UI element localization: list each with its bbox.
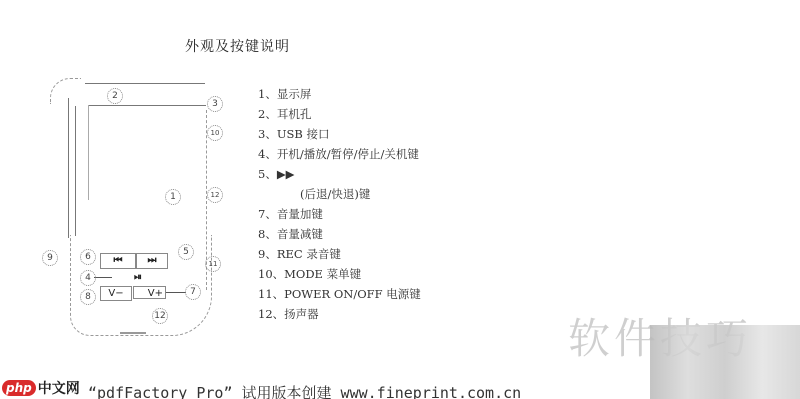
callout-6: 6 bbox=[80, 249, 96, 265]
callout-11: 11 bbox=[205, 256, 221, 272]
next-button[interactable]: ⏭ bbox=[136, 253, 168, 269]
callout-leader-7 bbox=[166, 292, 186, 293]
list-item: 3、USB 接口 bbox=[258, 124, 421, 144]
device-outline-corner bbox=[50, 78, 81, 104]
screen-top bbox=[88, 105, 206, 106]
device-outline-left bbox=[68, 98, 69, 238]
list-item: 2、耳机孔 bbox=[258, 104, 421, 124]
logo-badge: php bbox=[2, 380, 36, 396]
footer-text: “pdfFactory Pro” 试用版本创建 www.fineprint.co… bbox=[88, 382, 521, 399]
list-item: 7、音量加键 bbox=[258, 204, 421, 224]
vol-up-button[interactable]: V+ bbox=[133, 286, 166, 299]
speaker-slot bbox=[120, 332, 146, 334]
callout-speaker: 12 bbox=[152, 308, 168, 324]
callout-2: 2 bbox=[107, 88, 123, 104]
callout-12: 12 bbox=[207, 187, 223, 203]
list-item: 8、音量减键 bbox=[258, 224, 421, 244]
device-diagram: ⏮ ⏭ ⏯ V− V+ 2 3 10 12 1 6 5 4 8 9 7 11 1… bbox=[40, 70, 240, 340]
callout-1: 1 bbox=[165, 189, 181, 205]
list-item: 5、▶▶ bbox=[258, 164, 421, 184]
list-item: (后退/快退)键 bbox=[258, 184, 421, 204]
callout-4: 4 bbox=[80, 270, 96, 286]
callout-10: 10 bbox=[207, 125, 223, 141]
play-pause-button[interactable]: ⏯ bbox=[112, 269, 164, 286]
list-item: 12、扬声器 bbox=[258, 304, 421, 324]
callout-3: 3 bbox=[207, 96, 223, 112]
logo-text: 中文网 bbox=[38, 378, 80, 398]
callout-leader-4 bbox=[94, 277, 112, 278]
blurred-region bbox=[650, 325, 800, 399]
vol-down-button[interactable]: V− bbox=[100, 286, 132, 301]
list-item: 1、显示屏 bbox=[258, 84, 421, 104]
device-outline-top bbox=[85, 83, 205, 84]
list-item: 10、MODE 菜单键 bbox=[258, 264, 421, 284]
screen-left bbox=[88, 105, 89, 200]
callout-8: 8 bbox=[80, 289, 96, 305]
callout-7: 7 bbox=[185, 284, 201, 300]
callout-9: 9 bbox=[42, 250, 58, 266]
prev-button[interactable]: ⏮ bbox=[100, 253, 136, 269]
list-item: 11、POWER ON/OFF 电源键 bbox=[258, 284, 421, 304]
callout-5: 5 bbox=[178, 244, 194, 260]
page-title: 外观及按键说明 bbox=[185, 36, 290, 56]
button-legend-list: 1、显示屏 2、耳机孔 3、USB 接口 4、开机/播放/暂停/停止/关机键 5… bbox=[258, 84, 421, 324]
site-logo: php 中文网 bbox=[2, 378, 80, 398]
list-item: 4、开机/播放/暂停/停止/关机键 bbox=[258, 144, 421, 164]
list-item: 9、REC 录音键 bbox=[258, 244, 421, 264]
device-outline-left-inner bbox=[75, 106, 76, 236]
